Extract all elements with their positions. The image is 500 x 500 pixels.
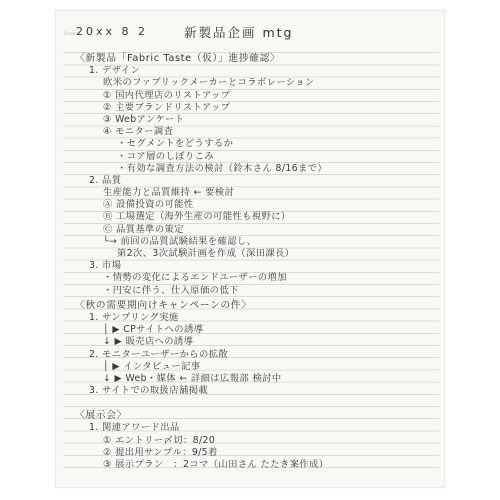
notebook-page: Date 20xx 8 2 新製品企画 mtg 〈新製品「Fabric Tast… [55,10,445,488]
note-line: Ⓑ 工場選定（海外生産の可能性も視野に） [62,211,440,223]
note-line: ② 主要ブランドリストアップ [62,102,440,114]
note-line: ② 提出用サンプル：9/5着 [62,447,440,459]
section-heading: 〈秋の需要期向けキャンペーンの件〉 [62,300,440,312]
note-line: └→ 前回の品質試験結果を確認し、 [62,236,440,248]
note-line: 2. 品質 [62,175,440,187]
note-line: 2. モニターユーザーからの拡散 [62,349,440,361]
note-line: ③ Webアンケート [62,114,440,126]
note-line: ① 国内代理店のリストアップ [62,90,440,102]
note-line: 3. 市場 [62,260,440,272]
note-line: ・有効な調査方法の検討（鈴木さん 8/16まで） [62,163,440,175]
note-line: ・コア層のしぼりこみ [62,151,440,163]
note-line: Ⓐ 設備投資の可能性 [62,199,440,211]
note-line: 3. サイトでの取扱店舗掲載 [62,385,440,397]
note-line: 1. デザイン [62,65,440,77]
handwritten-date: 20xx 8 2 [76,25,148,38]
photo-canvas: Date 20xx 8 2 新製品企画 mtg 〈新製品「Fabric Tast… [0,0,500,500]
note-line: 1. 関連アワード出品 [62,422,440,434]
note-line: 生産能力と品質維持 ← 要検討 [62,187,440,199]
note-line: ④ モニター調査 [62,126,440,138]
note-line: ・円安に伴う、仕入原価の低下 [62,285,440,297]
section-heading: 〈新製品「Fabric Taste（仮）」進捗確認〉 [62,53,440,65]
section-heading: 〈展示会〉 [62,410,440,422]
note-line: 欧米のファブリックメーカーとコラボレーション [62,77,440,89]
note-line: ③ 展示プラン ：2コマ（山田さん たたき案作成） [62,459,440,471]
note-line: │ ▶ CPサイトへの誘導 [62,324,440,336]
note-line: 第2次、3次試験計画を作成（深田課長） [62,248,440,260]
note-line: ・セグメントをどうするか [62,138,440,150]
note-lines: 〈新製品「Fabric Taste（仮）」進捗確認〉1. デザイン欧米のファブリ… [62,53,440,471]
note-line: ↓ ▶ 販売店への誘導 [62,336,440,348]
note-line: 1. サンプリング実施 [62,312,440,324]
note-line: ① エントリー〆切：8/20 [62,435,440,447]
note-line: ↓ ▶ Web・媒体 ← 詳細は広報部 検討中 [62,373,440,385]
line-spacer [62,397,440,410]
note-line: ・情勢の変化によるエンドユーザーの増加 [62,272,440,284]
note-header: Date 20xx 8 2 新製品企画 mtg [56,23,444,43]
printed-date-label: Date [64,31,76,36]
note-line: Ⓒ 品質基準の策定 [62,224,440,236]
page-title: 新製品企画 mtg [184,23,294,41]
note-line: │ ▶ インタビュー記事 [62,361,440,373]
